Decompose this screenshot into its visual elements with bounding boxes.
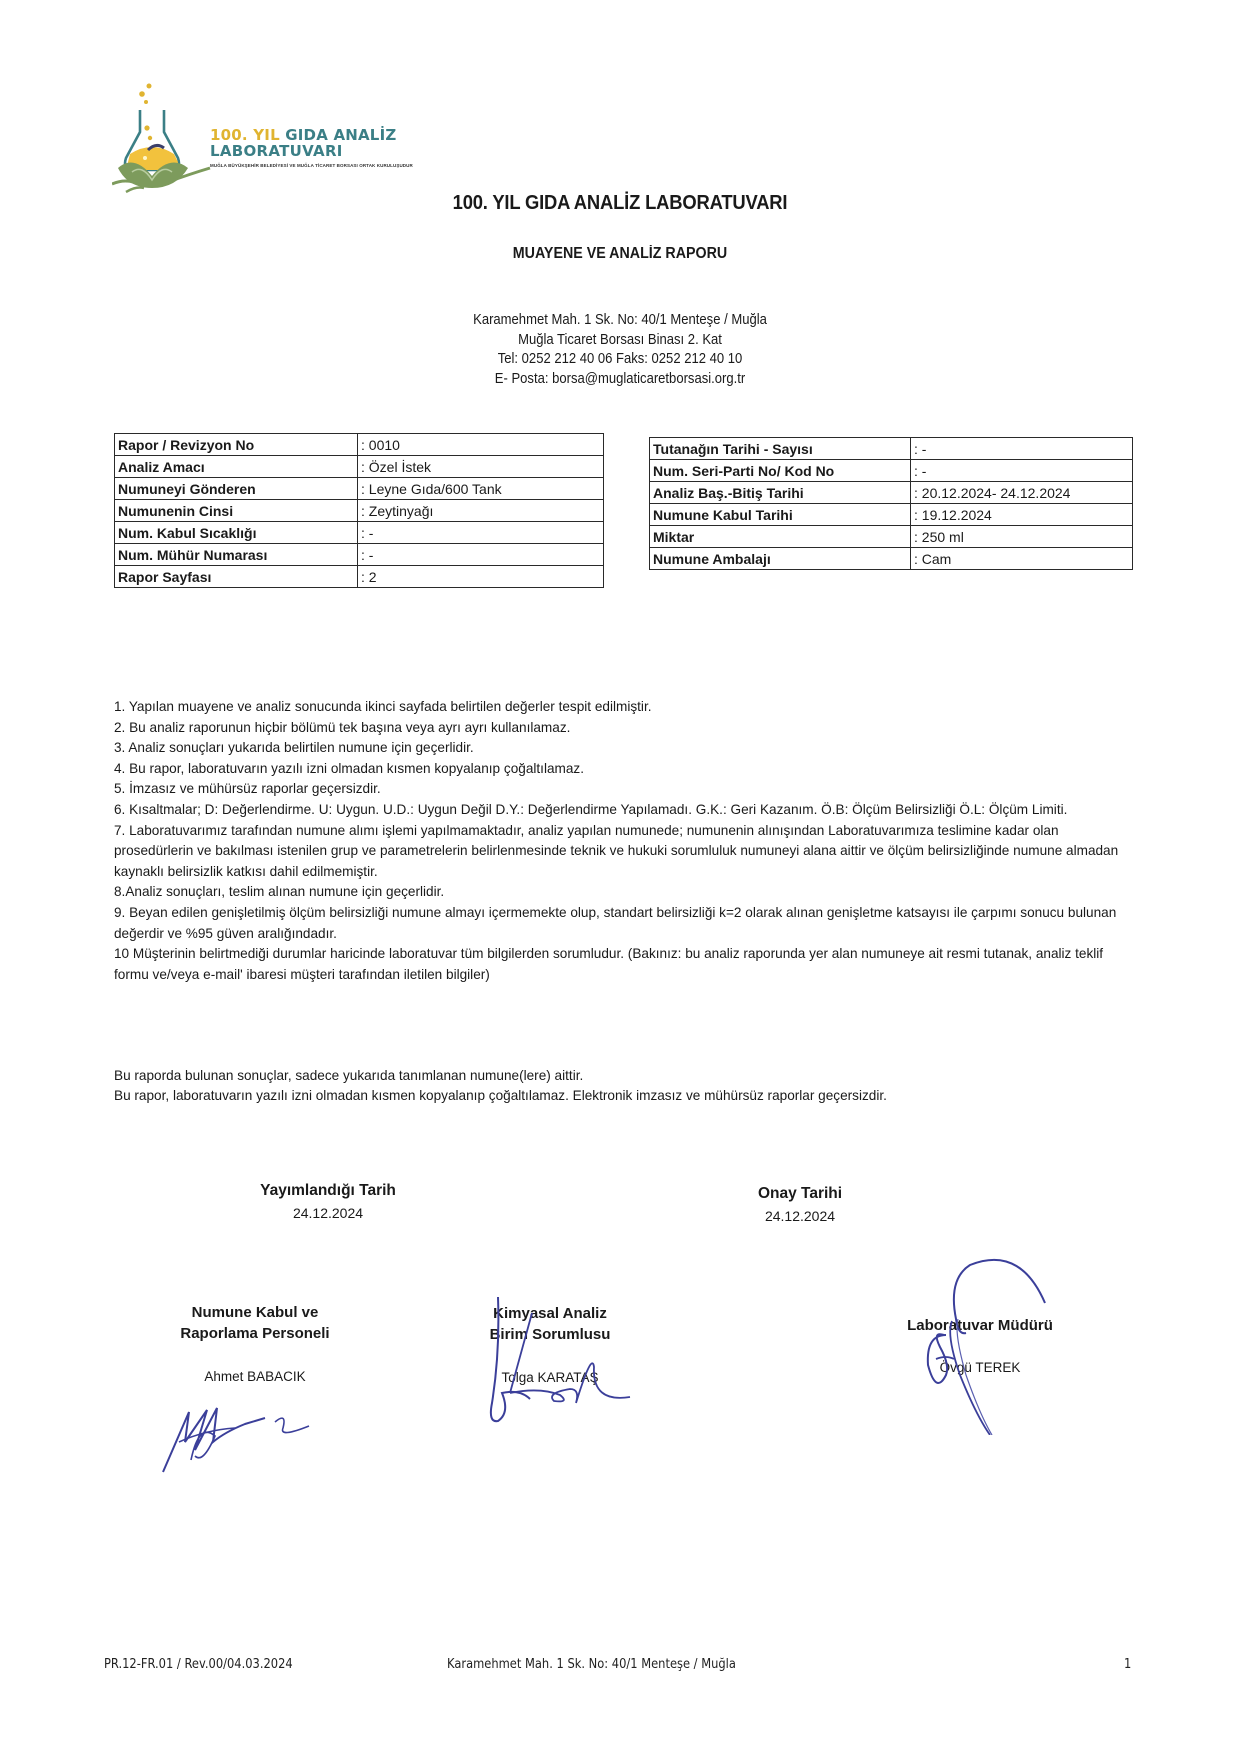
report-notes: 1. Yapılan muayene ve analiz sonucunda i… [114,697,1124,985]
signer-name: Ahmet BABACIK [155,1369,355,1384]
page-number: 1 [1124,1656,1131,1672]
signer-role: Birim Sorumlusu [450,1324,650,1345]
lab-address: Karamehmet Mah. 1 Sk. No: 40/1 Menteşe /… [62,311,1178,389]
approval-date-block: Onay Tarihi 24.12.2024 [700,1183,900,1227]
address-line: Muğla Ticaret Borsası Binası 2. Kat [62,331,1178,351]
field-label: Rapor / Revizyon No [115,434,358,456]
field-value: : 20.12.2024- 24.12.2024 [911,482,1133,504]
table-row: Tutanağın Tarihi - Sayısı: - [650,438,1133,460]
field-label: Num. Seri-Parti No/ Kod No [650,460,911,482]
approval-date-value: 24.12.2024 [700,1205,900,1227]
field-label: Tutanağın Tarihi - Sayısı [650,438,911,460]
field-label: Numunenin Cinsi [115,500,358,522]
publish-date-block: Yayımlandığı Tarih 24.12.2024 [228,1180,428,1224]
sample-info-table: Tutanağın Tarihi - Sayısı: - Num. Seri-P… [649,437,1133,570]
field-value: : - [358,544,604,566]
table-row: Numunenin Cinsi: Zeytinyağı [115,500,604,522]
table-row: Num. Mühür Numarası: - [115,544,604,566]
table-row: Numune Kabul Tarihi: 19.12.2024 [650,504,1133,526]
field-value: : Cam [911,548,1133,570]
signer-role: Laboratuvar Müdürü [880,1315,1080,1336]
field-label: Numuneyi Gönderen [115,478,358,500]
note-item: 2. Bu analiz raporunun hiçbir bölümü tek… [114,718,1124,739]
table-row: Rapor / Revizyon No: 0010 [115,434,604,456]
table-row: Analiz Amacı: Özel İstek [115,456,604,478]
lab-title: 100. YIL GIDA ANALİZ LABORATUVARI [50,192,1191,215]
signature-block-lab-manager: Laboratuvar Müdürü Övgü TEREK [880,1315,1080,1375]
field-label: Numune Ambalajı [650,548,911,570]
publish-date-label: Yayımlandığı Tarih [228,1180,428,1202]
address-line: Tel: 0252 212 40 06 Faks: 0252 212 40 10 [62,350,1178,370]
signer-name: Tolga KARATAŞ [450,1370,650,1385]
report-info-table: Rapor / Revizyon No: 0010 Analiz Amacı: … [114,433,604,588]
field-value: : 250 ml [911,526,1133,548]
note-item: 9. Beyan edilen genişletilmiş ölçüm beli… [114,903,1124,944]
field-label: Num. Kabul Sıcaklığı [115,522,358,544]
signature-block-chemical-unit: Kimyasal Analiz Birim Sorumlusu Tolga KA… [450,1303,650,1385]
publish-date-value: 24.12.2024 [228,1202,428,1224]
field-value: : Özel İstek [358,456,604,478]
signer-role: Kimyasal Analiz [450,1303,650,1324]
report-disclaimer: Bu raporda bulunan sonuçlar, sadece yuka… [114,1066,1124,1106]
disclaimer-line: Bu raporda bulunan sonuçlar, sadece yuka… [114,1066,1124,1086]
flask-lotus-icon [112,80,212,195]
note-item: 4. Bu rapor, laboratuvarın yazılı izni o… [114,759,1124,780]
field-label: Rapor Sayfası [115,566,358,588]
signer-name: Övgü TEREK [880,1360,1080,1375]
note-item: 3. Analiz sonuçları yukarıda belirtilen … [114,738,1124,759]
table-row: Analiz Baş.-Bitiş Tarihi: 20.12.2024- 24… [650,482,1133,504]
table-row: Num. Seri-Parti No/ Kod No: - [650,460,1133,482]
table-row: Num. Kabul Sıcaklığı: - [115,522,604,544]
table-row: Rapor Sayfası: 2 [115,566,604,588]
disclaimer-line: Bu rapor, laboratuvarın yazılı izni olma… [114,1086,1124,1106]
table-row: Miktar: 250 ml [650,526,1133,548]
field-value: : - [358,522,604,544]
note-item: 6. Kısaltmalar; D: Değerlendirme. U: Uyg… [114,800,1124,821]
address-line: E- Posta: borsa@muglaticaretborsasi.org.… [62,370,1178,390]
field-label: Analiz Baş.-Bitiş Tarihi [650,482,911,504]
note-item: 7. Laboratuvarımız tarafından numune alı… [114,821,1124,883]
table-row: Numuneyi Gönderen: Leyne Gıda/600 Tank [115,478,604,500]
field-label: Miktar [650,526,911,548]
note-item: 10 Müşterinin belirtmediği durumlar hari… [114,944,1124,985]
form-code: PR.12-FR.01 / Rev.00/04.03.2024 [104,1656,293,1672]
signer-role: Raporlama Personeli [155,1323,355,1344]
logo-subtitle: MUĞLA BÜYÜKŞEHİR BELEDİYESİ VE MUĞLA TİC… [210,163,413,168]
field-value: : 0010 [358,434,604,456]
report-title: MUAYENE VE ANALİZ RAPORU [50,245,1191,263]
field-value: : 19.12.2024 [911,504,1133,526]
field-label: Num. Mühür Numarası [115,544,358,566]
note-item: 1. Yapılan muayene ve analiz sonucunda i… [114,697,1124,718]
field-label: Analiz Amacı [115,456,358,478]
note-item: 5. İmzasız ve mühürsüz raporlar geçersiz… [114,779,1124,800]
note-item: 8.Analiz sonuçları, teslim alınan numune… [114,882,1124,903]
field-value: : Zeytinyağı [358,500,604,522]
field-value: : - [911,460,1133,482]
table-row: Numune Ambalajı: Cam [650,548,1133,570]
field-value: : Leyne Gıda/600 Tank [358,478,604,500]
footer-address: Karamehmet Mah. 1 Sk. No: 40/1 Menteşe /… [447,1656,736,1672]
lab-logo: 100. YIL GIDA ANALİZ LABORATUVARI MUĞLA … [112,80,412,195]
address-line: Karamehmet Mah. 1 Sk. No: 40/1 Menteşe /… [62,311,1178,331]
logo-title-line2: LABORATUVARI [210,142,343,160]
signature-block-reporting: Numune Kabul ve Raporlama Personeli Ahme… [155,1302,355,1384]
field-value: : - [911,438,1133,460]
field-label: Numune Kabul Tarihi [650,504,911,526]
field-value: : 2 [358,566,604,588]
handwritten-signature-icon [155,1372,355,1482]
signer-role: Numune Kabul ve [155,1302,355,1323]
approval-date-label: Onay Tarihi [700,1183,900,1205]
